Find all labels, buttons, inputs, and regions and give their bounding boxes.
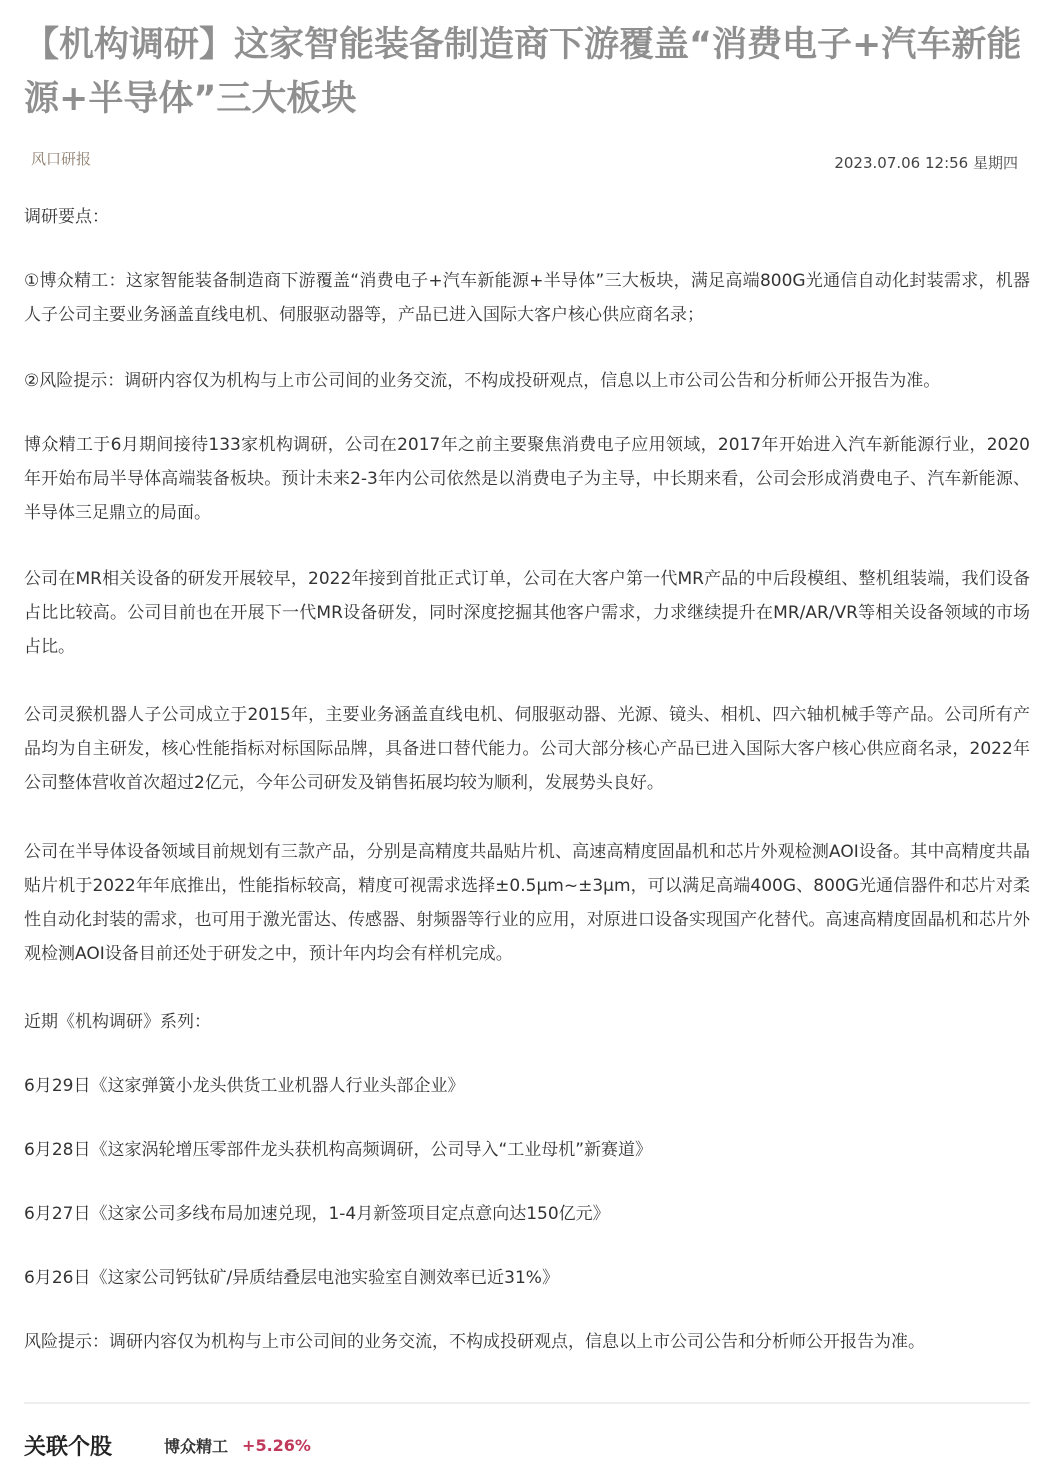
paragraph-3: 公司灵猴机器人子公司成立于2015年，主要业务涵盖直线电机、伺服驱动器、光源、镜… — [24, 698, 1030, 800]
paragraph-4: 公司在半导体设备领域目前规划有三款产品，分别是高精度共晶贴片机、高速高精度固晶机… — [24, 835, 1030, 971]
paragraph-1: 博众精工于6月期间接待133家机构调研，公司在2017年之前主要聚焦消费电子应用… — [24, 428, 1030, 530]
key-point-1: ①博众精工：这家智能装备制造商下游覆盖“消费电子+汽车新能源+半导体”三大板块，… — [24, 264, 1030, 332]
article-title: 【机构调研】这家智能装备制造商下游覆盖“消费电子+汽车新能源+半导体”三大板块 — [24, 18, 1034, 126]
paragraph-2: 公司在MR相关设备的研发开展较早，2022年接到首批正式订单，公司在大客户第一代… — [24, 562, 1030, 664]
related-stocks: 关联个股 博众精工 +5.26% — [24, 1428, 311, 1462]
risk-notice: 风险提示：调研内容仅为机构与上市公司间的业务交流，不构成投研观点，信息以上市公司… — [24, 1325, 1030, 1359]
key-points-heading: 调研要点： — [24, 200, 1030, 234]
article-datetime: 2023.07.06 12:56 星期四 — [834, 152, 1018, 173]
related-stocks-label: 关联个股 — [24, 1430, 112, 1461]
series-link[interactable]: 6月29日《这家弹簧小龙头供货工业机器人行业头部企业》 — [24, 1069, 1030, 1103]
series-heading: 近期《机构调研》系列： — [24, 1005, 1030, 1039]
series-link[interactable]: 6月26日《这家公司钙钛矿/异质结叠层电池实验室自测效率已近31%》 — [24, 1261, 1030, 1295]
key-point-2: ②风险提示：调研内容仅为机构与上市公司间的业务交流，不构成投研观点，信息以上市公… — [24, 364, 1030, 398]
series-link[interactable]: 6月28日《这家涡轮增压零部件龙头获机构高频调研，公司导入“工业母机”新赛道》 — [24, 1133, 1030, 1167]
article-source[interactable]: 风口研报 — [31, 148, 91, 169]
series-link[interactable]: 6月27日《这家公司多线布局加速兑现，1-4月新签项目定点意向达150亿元》 — [24, 1197, 1030, 1231]
stock-name[interactable]: 博众精工 — [164, 1434, 228, 1457]
stock-change: +5.26% — [242, 1436, 311, 1455]
article-meta: 风口研报 2023.07.06 12:56 星期四 — [0, 146, 1051, 176]
section-divider — [24, 1402, 1030, 1404]
